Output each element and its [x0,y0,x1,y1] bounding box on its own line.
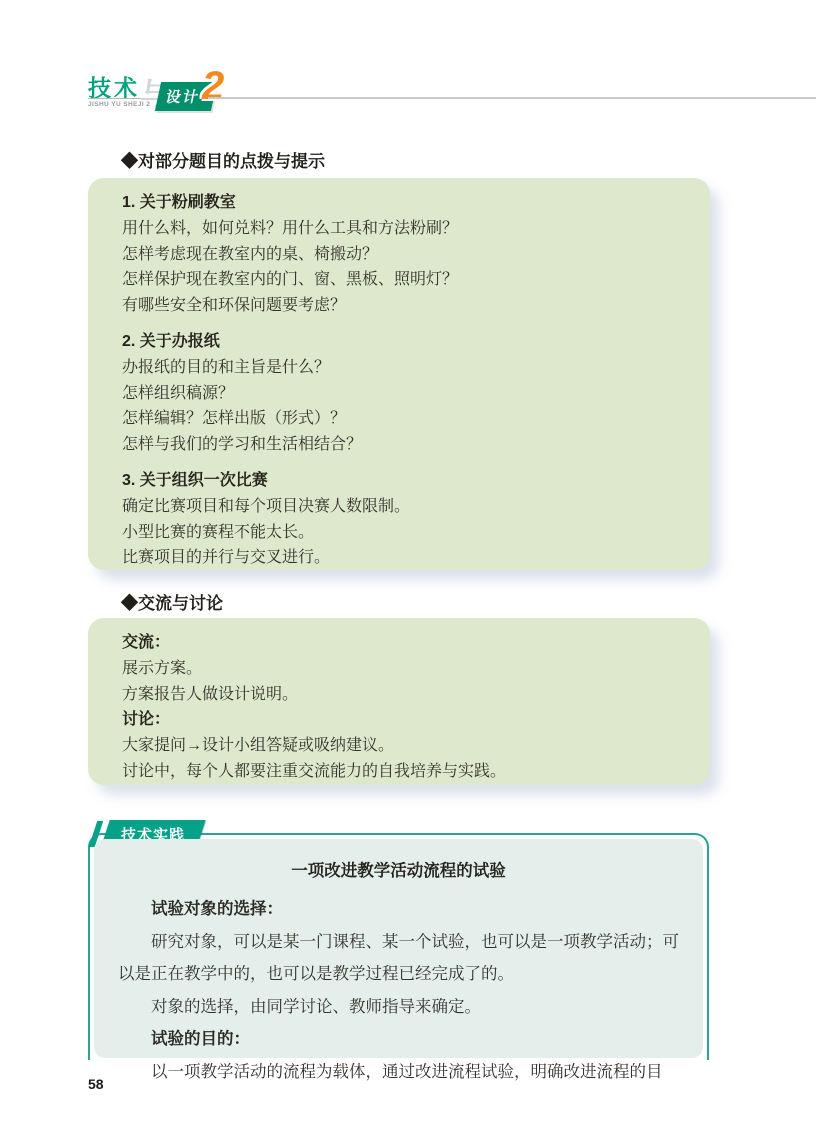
practice-paragraphs: 试验对象的选择：研究对象，可以是某一门课程、某一个试验，也可以是一项教学活动；可… [118,893,679,1088]
book-logo: 技术 JISHU YU SHEJI 2 与 设计 2 [88,70,228,118]
page-number: 58 [88,1076,104,1092]
textbook-page: 技术 JISHU YU SHEJI 2 与 设计 2 ◆对部分题目的点拨与提示 … [0,0,816,1145]
tips-line: 怎样组织稿源？ [122,381,684,407]
practice-title: 一项改进教学活动流程的试验 [118,857,679,881]
tips-group-title: 3. 关于组织一次比赛 [122,468,684,494]
tips-line: 小型比赛的赛程不能太长。 [122,520,684,546]
discussion-line: 讨论中，每个人都要注重交流能力的自我培养与实践。 [122,759,684,785]
discussion-line: 交流： [122,630,684,656]
tips-group-title: 1. 关于粉刷教室 [122,190,684,216]
tips-line: 用什么料，如何兑料？用什么工具和方法粉刷？ [122,216,684,242]
section-heading-discussion: ◆交流与讨论 [121,589,223,614]
practice-label-line: 试验对象的选择： [118,893,679,926]
practice-body-line: 对象的选择，由同学讨论、教师指导来确定。 [118,991,679,1024]
tips-group-title: 2. 关于办报纸 [122,329,684,355]
tips-line: 怎样与我们的学习和生活相结合？ [122,432,684,458]
discussion-box: 交流：展示方案。方案报告人做设计说明。讨论：大家提问→设计小组答疑或吸纳建议。讨… [88,618,710,785]
tips-line: 有哪些安全和环保问题要考虑？ [122,293,684,319]
tips-line: 办报纸的目的和主旨是什么？ [122,355,684,381]
logo-volume-number: 2 [202,64,224,109]
header-rule [208,97,816,99]
discussion-line: 大家提问→设计小组答疑或吸纳建议。 [122,733,684,759]
discussion-line: 方案报告人做设计说明。 [122,682,684,708]
tips-line: 比赛项目的并行与交叉进行。 [122,545,684,571]
practice-body-line: 以一项教学活动的流程为载体，通过改进流程试验，明确改进流程的目 [118,1056,679,1089]
tips-line: 怎样保护现在教室内的门、窗、黑板、照明灯？ [122,267,684,293]
discussion-line: 展示方案。 [122,656,684,682]
practice-content: 一项改进教学活动流程的试验 试验对象的选择：研究对象，可以是某一门课程、某一个试… [94,839,703,1058]
tips-box: 1. 关于粉刷教室用什么料，如何兑料？用什么工具和方法粉刷？怎样考虑现在教室内的… [88,178,710,570]
practice-label-line: 试验的目的： [118,1023,679,1056]
tips-line: 怎样编辑？怎样出版（形式）？ [122,406,684,432]
practice-box: 技术实践 一项改进教学活动流程的试验 试验对象的选择：研究对象，可以是某一门课程… [88,833,709,1060]
section-heading-tips: ◆对部分题目的点拨与提示 [121,147,325,172]
tips-line: 怎样考虑现在教室内的桌、椅搬动？ [122,242,684,268]
discussion-line: 讨论： [122,707,684,733]
practice-body-line: 研究对象，可以是某一门课程、某一个试验，也可以是一项教学活动；可以是正在教学中的… [118,926,679,991]
tips-line: 确定比赛项目和每个项目决赛人数限制。 [122,494,684,520]
